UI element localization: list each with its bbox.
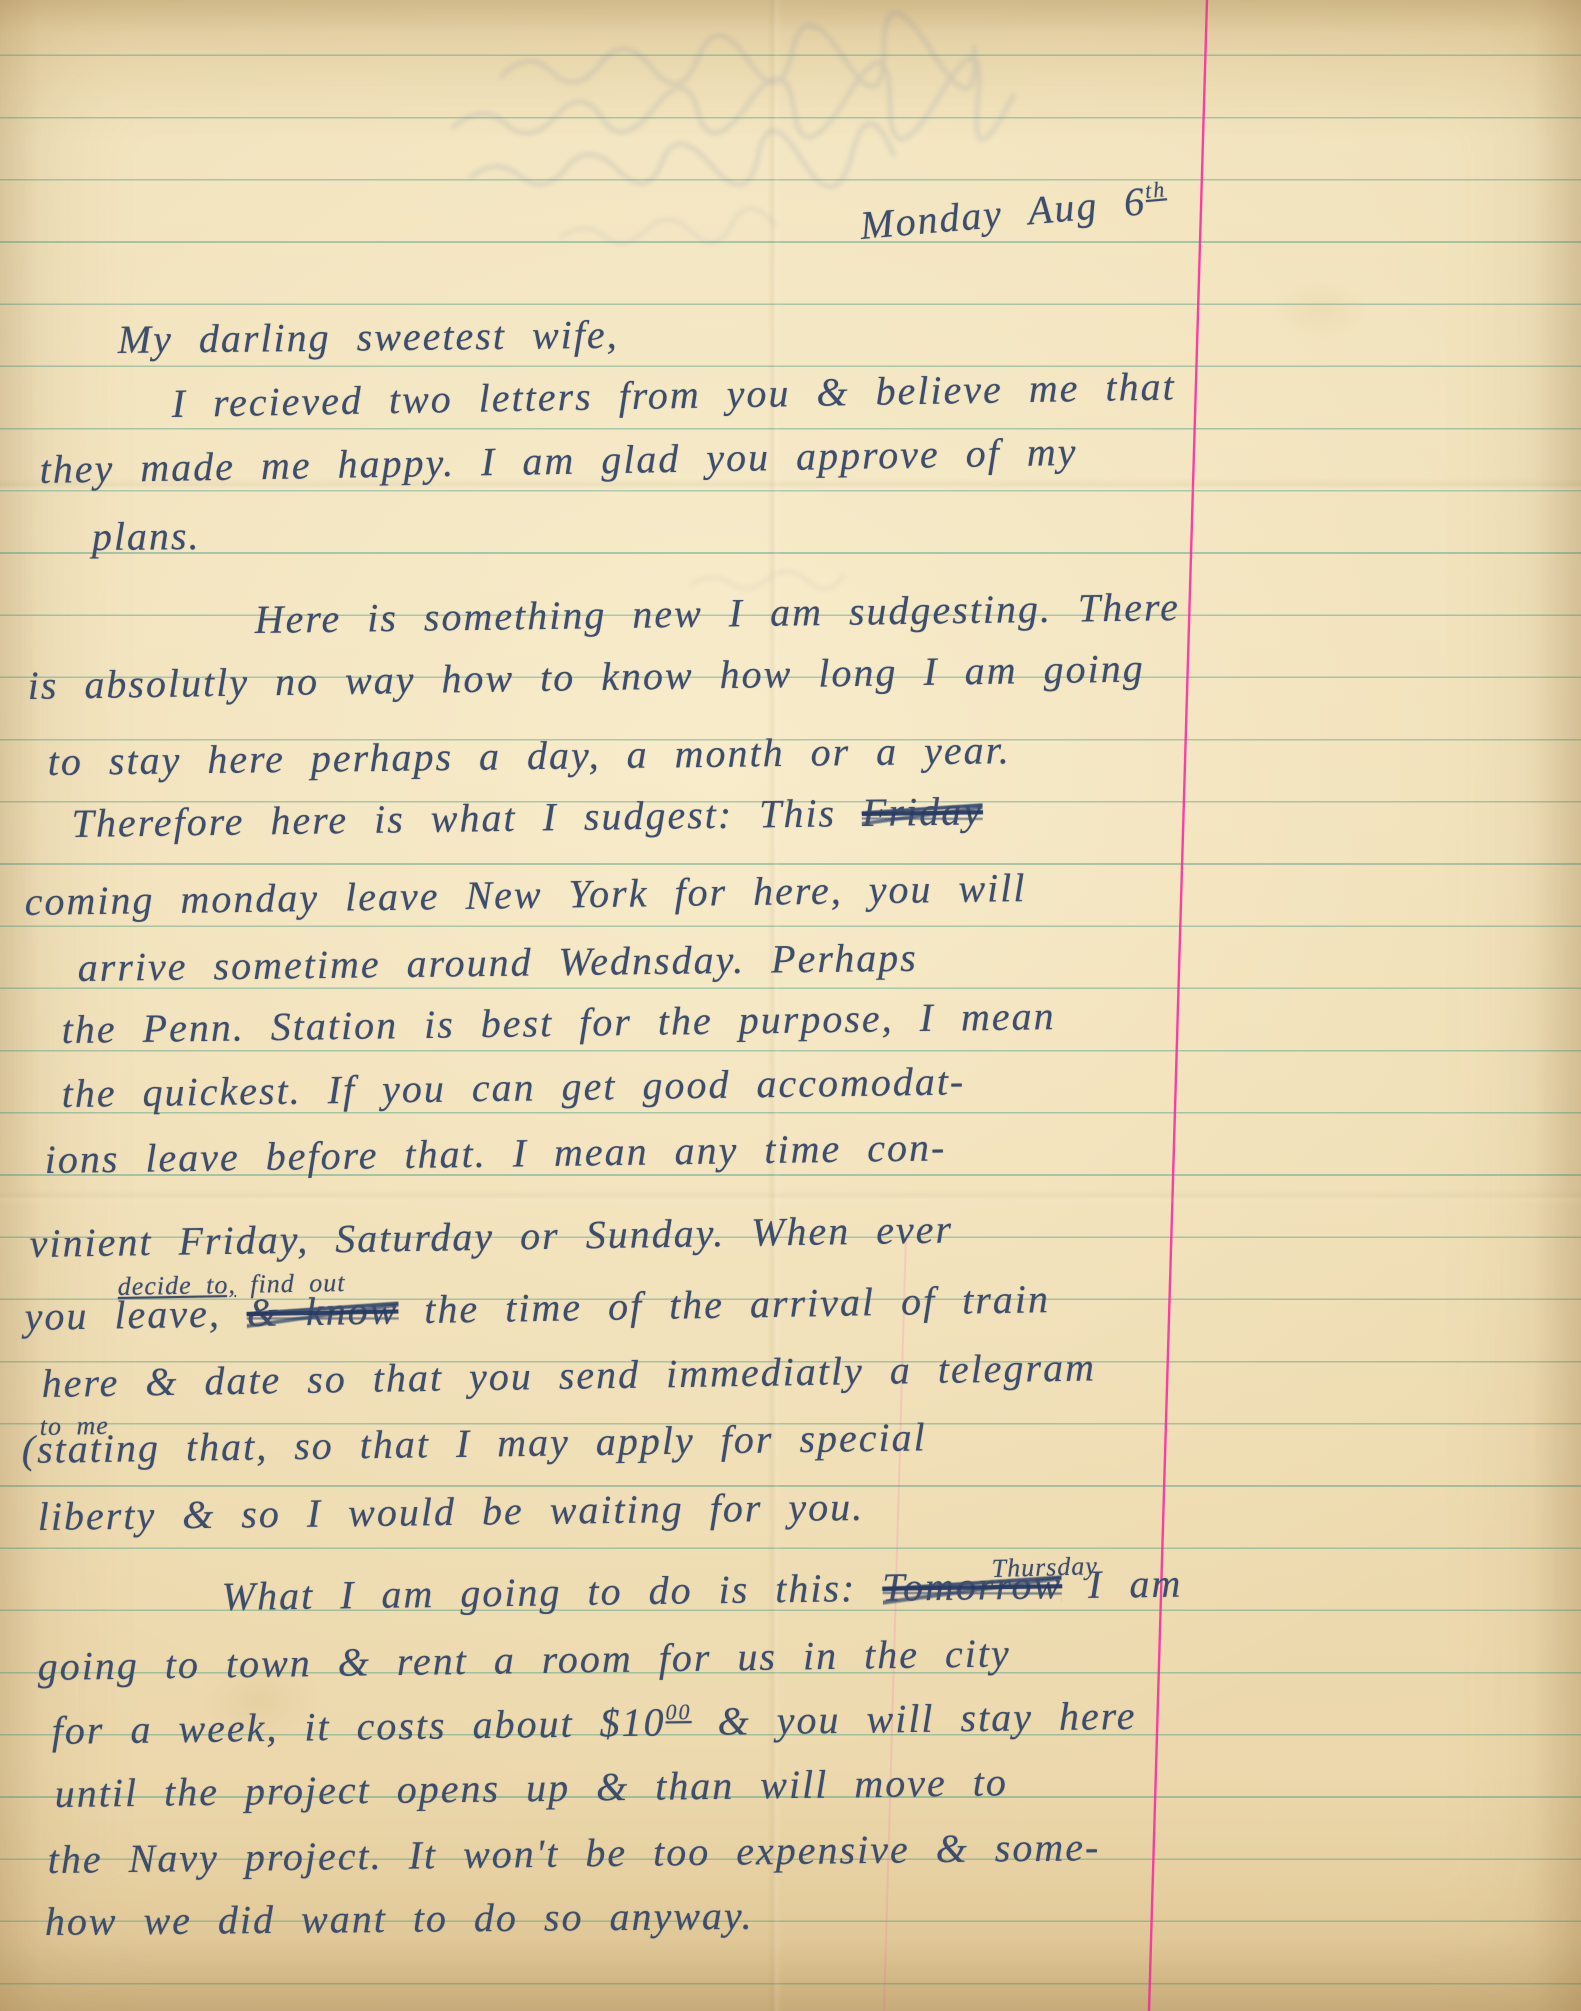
letter-line: plans. [92, 516, 201, 557]
handwritten-text: vinient Friday, Saturday or Sunday. When… [29, 1206, 953, 1265]
struck-out-word: & know [246, 1287, 398, 1335]
handwritten-text: going to town & rent a room for us in th… [37, 1630, 1011, 1689]
handwritten-text: ions leave before that. I mean any time … [44, 1124, 946, 1182]
letter-line: they made me happy. I am glad you approv… [39, 432, 1077, 490]
letter-page: Monday Aug 6thMy darling sweetest wife,I… [0, 0, 1581, 2011]
letter-line: the quickest. If you can get good accomo… [61, 1061, 965, 1114]
handwritten-text: coming monday leave New York for here, y… [24, 865, 1026, 924]
handwritten-text: My darling sweetest wife, [118, 312, 619, 362]
handwritten-text: Monday Aug 6 [858, 178, 1148, 248]
letter-line: arrive sometime around Wednsday. Perhaps [78, 938, 918, 988]
superscript-text: 00 [665, 1699, 691, 1724]
letter-line: is absolutly no way how to know how long… [27, 648, 1145, 706]
letter-line: Here is something new I am sudgesting. T… [254, 587, 1180, 640]
handwritten-text: how we did want to do so anyway. [45, 1893, 754, 1944]
handwritten-text: I recieved two letters from you & believ… [171, 363, 1176, 426]
letter-line: Therefore here is what I sudgest: This F… [71, 791, 983, 844]
letter-line: for a week, it costs about $1000 & you w… [51, 1695, 1136, 1751]
handwritten-text: you leave, [24, 1290, 247, 1339]
struck-out-word: Friday [862, 788, 983, 835]
letter-line: vinient Friday, Saturday or Sunday. When… [29, 1209, 953, 1264]
handwritten-text: here & date so that you send immediatly … [41, 1344, 1096, 1406]
letter-line: Monday Aug 6th [858, 178, 1168, 246]
handwritten-text: the quickest. If you can get good accomo… [61, 1058, 965, 1116]
handwritten-text: to stay here perhaps a day, a month or a… [47, 727, 1011, 784]
handwritten-text: I am [1062, 1561, 1183, 1608]
handwritten-text: until the project opens up & than will m… [54, 1759, 1008, 1816]
handwritten-text: liberty & so I would be waiting for you. [37, 1484, 864, 1539]
handwritten-text: the Navy project. It won't be too expens… [47, 1824, 1100, 1882]
handwritten-text: they made me happy. I am glad you approv… [39, 429, 1078, 492]
handwritten-text: the Penn. Station is best for the purpos… [61, 993, 1055, 1052]
struck-out-word: Tomorrow [882, 1562, 1062, 1610]
letter-line: to stay here perhaps a day, a month or a… [48, 730, 1011, 782]
handwritten-text: Here is something new I am sudgesting. T… [254, 584, 1180, 642]
letter-line: What I am going to do is this: Tomorrow … [221, 1564, 1182, 1617]
letter-line: My darling sweetest wife, [118, 315, 619, 360]
handwritten-text: for a week, it costs about $10 [51, 1699, 666, 1753]
handwritten-text: What I am going to do is this: [221, 1565, 882, 1619]
letter-line: ions leave before that. I mean any time … [44, 1127, 946, 1180]
letter-line: the Navy project. It won't be too expens… [48, 1827, 1101, 1880]
handwritten-text: is absolutly no way how to know how long… [27, 645, 1145, 708]
letter-line: liberty & so I would be waiting for you. [38, 1487, 865, 1537]
letter-line: I recieved two letters from you & believ… [171, 366, 1176, 424]
letter-line: how we did want to do so anyway. [45, 1896, 754, 1942]
letter-line: the Penn. Station is best for the purpos… [61, 996, 1055, 1050]
handwritten-text: arrive sometime around Wednsday. Perhaps [77, 935, 918, 990]
letter-line: going to town & rent a room for us in th… [37, 1633, 1010, 1687]
handwritten-text: (stating that, so that I may apply for s… [21, 1414, 927, 1472]
handwriting-layer: Monday Aug 6thMy darling sweetest wife,I… [0, 0, 1581, 2011]
handwritten-text: the time of the arrival of train [398, 1276, 1050, 1332]
handwritten-text: & you will stay here [691, 1693, 1137, 1744]
handwritten-text: Therefore here is what I sudgest: This [71, 790, 862, 846]
letter-line: (stating that, so that I may apply for s… [21, 1417, 927, 1470]
superscript-text: th [1144, 176, 1167, 203]
handwritten-text: plans. [92, 513, 201, 559]
letter-line: here & date so that you send immediatly … [41, 1347, 1096, 1404]
letter-line: until the project opens up & than will m… [55, 1762, 1009, 1814]
letter-line: coming monday leave New York for here, y… [24, 868, 1026, 922]
